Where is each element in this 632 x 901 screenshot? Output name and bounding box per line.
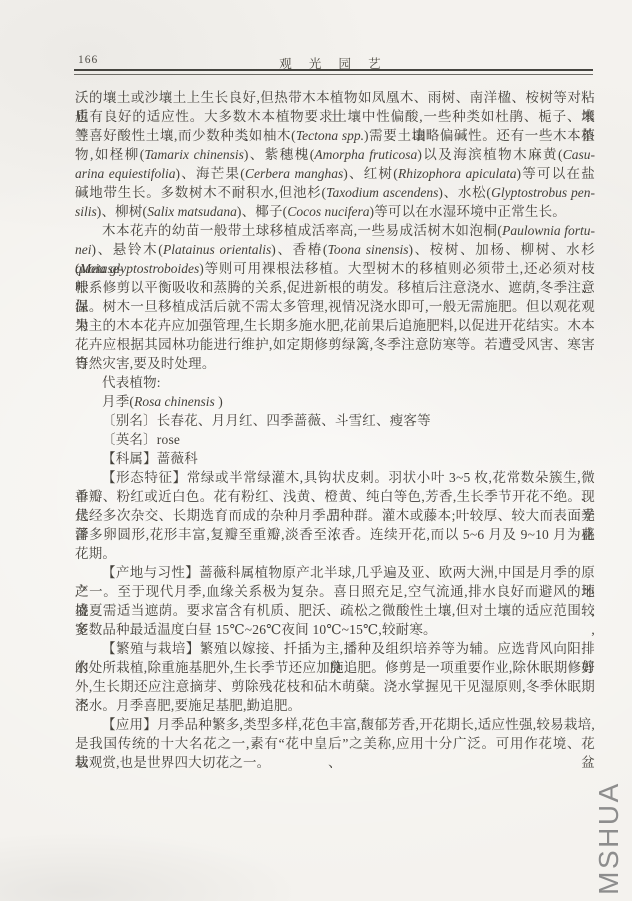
text-line: 盛夏需适当遮荫。要求富含有机质、肥沃、疏松之微酸性土壤,但对土壤的适应范围较宽,	[75, 601, 595, 620]
paragraph: 月季(Rosa chinensis )	[75, 392, 595, 411]
text-line: 物,如柽柳(Tamarix chinensis)、紫穗槐(Amorpha fru…	[75, 145, 595, 164]
text-line: 花卉应根据其园林功能进行维护,如定期修剪绿篱,冬季注意防寒等。若遭受风害、寒害等	[75, 335, 595, 354]
text-line: arina equiestifolia)、海芒果(Cerbera manghas…	[75, 164, 595, 183]
text-line: 自然灾害,要及时处理。	[75, 354, 595, 373]
text-line: 是经多次杂交、长期选育而成的杂种月季品种群。灌木或藤本;叶较厚、较大而表面光泽;…	[75, 506, 595, 525]
paragraph: 木本花卉的幼苗一般带土球移植成活率高,一些易成活树木如泡桐(Paulownia …	[75, 221, 595, 373]
header-rule-thick	[74, 69, 593, 71]
text-line: silis)、柳树(Salix matsudana)、椰子(Cocos nuci…	[75, 202, 595, 221]
text-line: 【形态特征】常绿或半常绿灌木,具钩状皮刺。羽状小叶 3~5 枚,花常数朵簇生,微…	[75, 468, 595, 487]
text-line: 木本花卉的幼苗一般带土球移植成活率高,一些易成活树木如泡桐(Paulownia …	[75, 221, 595, 240]
paragraph: 〔英名〕rose	[75, 430, 595, 449]
text-line: 【繁殖与栽培】繁殖以嫁接、扦插为主,播种及组织培养等为辅。应选背风向阳排水良好	[75, 639, 595, 658]
paragraph: 〔别名〕长春花、月月红、四季蔷薇、斗雪红、瘦客等	[75, 411, 595, 430]
paragraph: 【形态特征】常绿或半常绿灌木,具钩状皮刺。羽状小叶 3~5 枚,花常数朵簇生,微…	[75, 468, 595, 563]
text-line: 【应用】月季品种繁多,类型多样,花色丰富,馥郁芳香,开花期长,适应性强,较易栽培…	[75, 715, 595, 734]
text-line: 【产地与习性】蔷薇科属植物原产北半球,几乎遍及亚、欧两大洲,中国是月季的原产地	[75, 563, 595, 582]
text-line: 花期。	[75, 544, 595, 563]
text-line: 沃的壤土或沙壤土上生长良好,但热带木本植物如凤凰木、雨树、南洋楹、桉树等对粘质土…	[75, 88, 595, 107]
text-line: quoia glyptostroboides)等则可用裸根法移植。大型树木的移植…	[75, 259, 595, 278]
text-line: 蕾多卵圆形,花形丰富,复瓣至重瓣,淡香至浓香。连续开花,而以 5~6 月及 9~…	[75, 525, 595, 544]
text-block: 沃的壤土或沙壤土上生长良好,但热带木本植物如凤凰木、雨树、南洋楹、桉树等对粘质土…	[75, 88, 595, 772]
text-line: 碱地带生长。多数树木不耐积水,但池杉(Taxodium ascendens)、水…	[75, 183, 595, 202]
text-line: 代表植物:	[75, 373, 595, 392]
text-line: 的处所栽植,除重施基肥外,生长季节还应加施追肥。修剪是一项重要作业,除休眠期修剪	[75, 658, 595, 677]
text-line: 【科属】蔷薇科	[75, 449, 595, 468]
page-header: 166 观 光 园 艺	[75, 52, 592, 68]
paragraph: 【产地与习性】蔷薇科属植物原产北半球,几乎遍及亚、欧两大洲,中国是月季的原产地之…	[75, 563, 595, 639]
text-line: 根系修剪以平衡吸收和蒸腾的关系,促进新根的萌发。移植后注意浇水、遮荫,冬季注意保	[75, 278, 595, 297]
text-line: 之一。至于现代月季,血缘关系极为复杂。喜日照充足,空气流通,排水良好而避风的环境…	[75, 582, 595, 601]
watermark: MSHUA	[594, 788, 624, 888]
text-line: 月季(Rosa chinensis )	[75, 392, 595, 411]
book-page: 166 观 光 园 艺 沃的壤土或沙壤土上生长良好,但热带木本植物如凤凰木、雨树…	[0, 0, 632, 901]
text-line: 〔英名〕rose	[75, 430, 595, 449]
text-line: 外,生长期还应注意摘芽、剪除残花枝和砧木萌蘖。浇水掌握见干见湿原则,冬季休眠期不	[75, 677, 595, 696]
paragraph: 沃的壤土或沙壤土上生长良好,但热带木本植物如凤凰木、雨树、南洋楹、桉树等对粘质土…	[75, 88, 595, 221]
header-rule-thin	[74, 74, 593, 75]
text-line: 单瓣、粉红或近白色。花有粉红、浅黄、橙黄、纯白等色,芳香,生长季节开花不绝。现代…	[75, 487, 595, 506]
paragraph: 【科属】蔷薇科	[75, 449, 595, 468]
text-line: 是我国传统的十大名花之一,素有“花中皇后”之美称,应用十分广泛。可用作花境、花坛…	[75, 734, 595, 753]
paragraph: 【应用】月季品种繁多,类型多样,花色丰富,馥郁芳香,开花期长,适应性强,较易栽培…	[75, 715, 595, 772]
text-line: nei)、悬铃木(Platainus orientalis)、香椿(Toona …	[75, 240, 595, 259]
text-line: 等喜好酸性土壤,而少数种类如柚木(Tectona spp.)需要土壤略偏碱性。还…	[75, 126, 595, 145]
paragraph: 【繁殖与栽培】繁殖以嫁接、扦插为主,播种及组织培养等为辅。应选背风向阳排水良好的…	[75, 639, 595, 715]
paragraph: 代表植物:	[75, 373, 595, 392]
text-line: 温。树木一旦移植成活后就不需太多管理,视情况浇水即可,一般无需施肥。但以观花观果	[75, 297, 595, 316]
text-line: 也有良好的适应性。大多数木本植物要求土壤中性偏酸,一些种类如杜鹃、栀子、米兰、山…	[75, 107, 595, 126]
text-line: 为主的木本花卉应加强管理,生长期多施水肥,花前果后追施肥料,以促进开花结实。木本	[75, 316, 595, 335]
text-line: 浇水。月季喜肥,要施足基肥,勤追肥。	[75, 696, 595, 715]
watermark-text: MSHUA	[593, 781, 625, 895]
text-line: 〔别名〕长春花、月月红、四季蔷薇、斗雪红、瘦客等	[75, 411, 595, 430]
